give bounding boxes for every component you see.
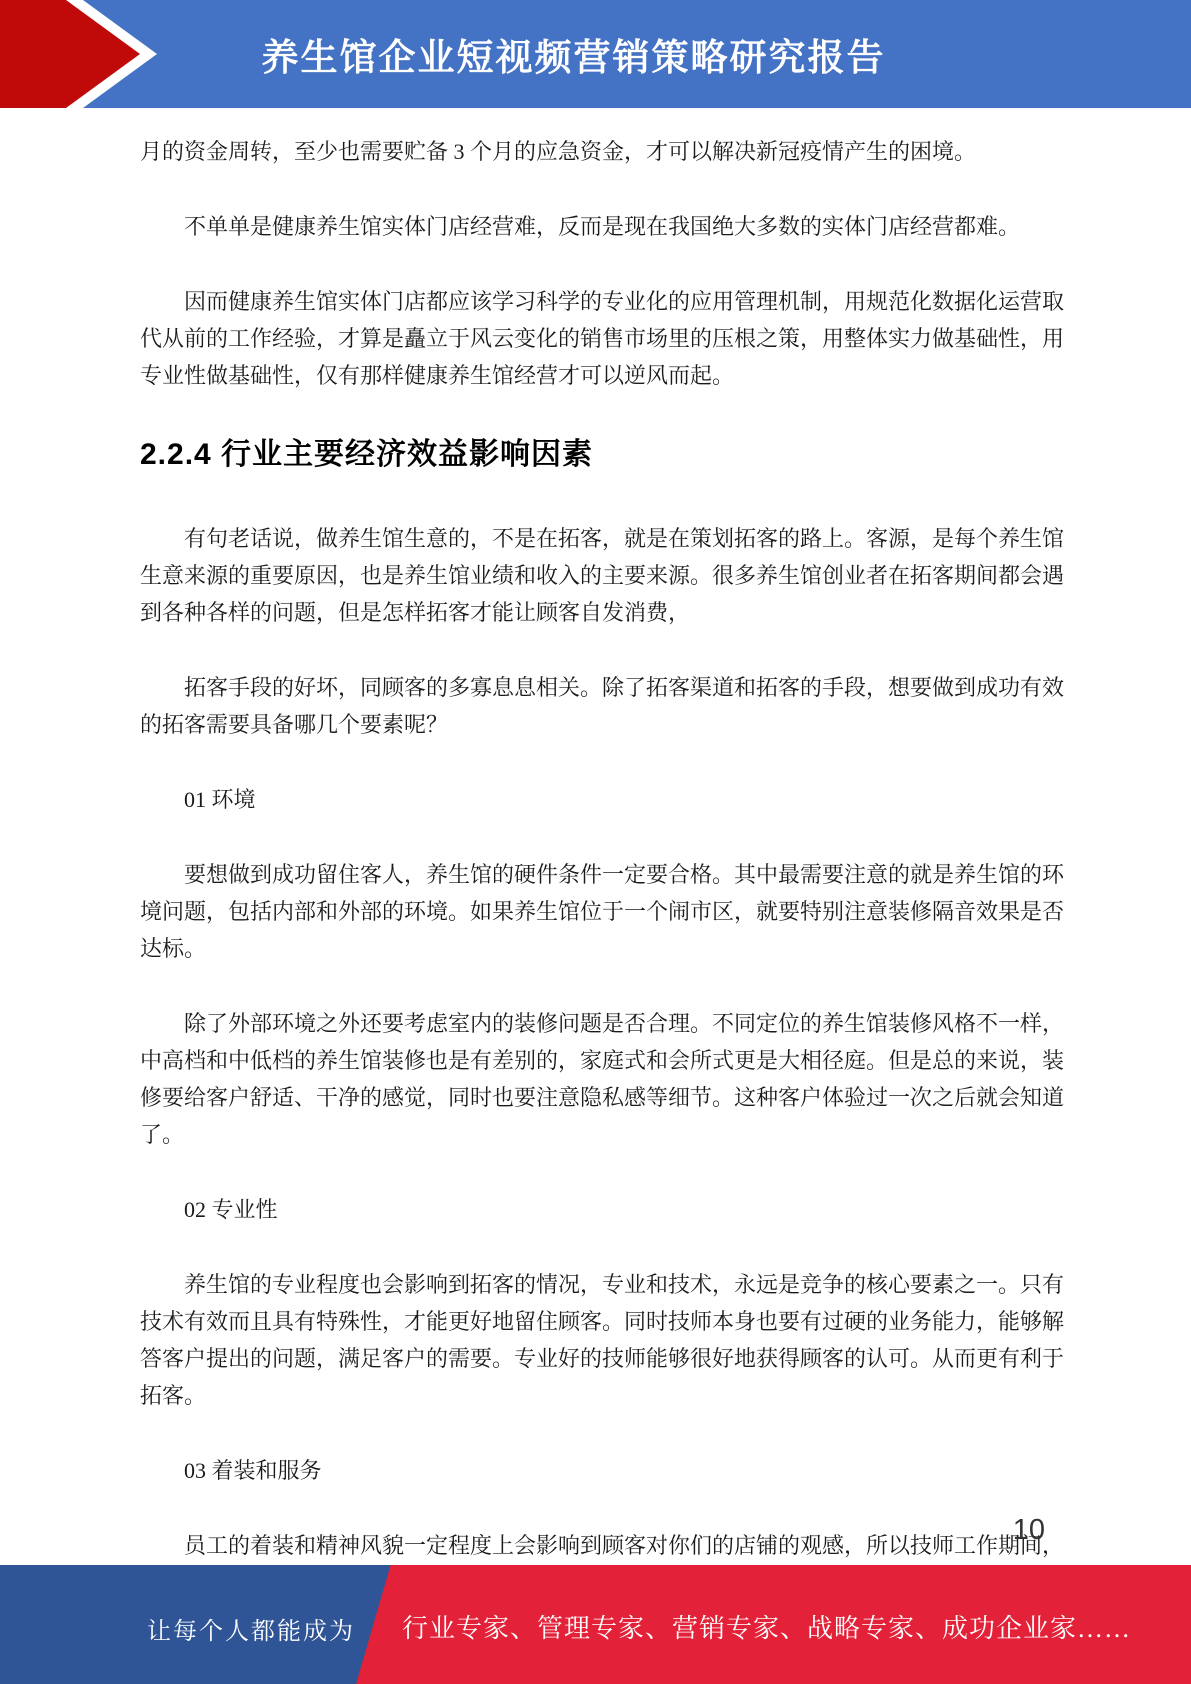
document-page: 养生馆企业短视频营销策略研究报告 月的资金周转，至少也需要贮备 3 个月的应急资… — [0, 0, 1191, 1684]
paragraph: 月的资金周转，至少也需要贮备 3 个月的应急资金，才可以解决新冠疫情产生的困境。 — [140, 133, 1064, 170]
paragraph: 不单单是健康养生馆实体门店经营难，反而是现在我国绝大多数的实体门店经营都难。 — [140, 208, 1064, 245]
page-header-banner: 养生馆企业短视频营销策略研究报告 — [0, 0, 1191, 108]
document-body: 月的资金周转，至少也需要贮备 3 个月的应急资金，才可以解决新冠疫情产生的困境。… — [140, 108, 1064, 1639]
list-label-environment: 01 环境 — [140, 781, 1064, 818]
list-label-dress-service: 03 着装和服务 — [140, 1452, 1064, 1489]
paragraph: 养生馆的专业程度也会影响到拓客的情况，专业和技术，永远是竞争的核心要素之一。只有… — [140, 1266, 1064, 1414]
report-title: 养生馆企业短视频营销策略研究报告 — [262, 27, 886, 81]
header-title-container: 养生馆企业短视频营销策略研究报告 — [0, 0, 1169, 108]
paragraph: 因而健康养生馆实体门店都应该学习科学的专业化的应用管理机制，用规范化数据化运营取… — [140, 283, 1064, 394]
footer-slogan-right: 行业专家、管理专家、营销专家、战略专家、成功企业家…… — [402, 1608, 1131, 1645]
list-label-professionalism: 02 专业性 — [140, 1191, 1064, 1228]
paragraph: 除了外部环境之外还要考虑室内的装修问题是否合理。不同定位的养生馆装修风格不一样，… — [140, 1005, 1064, 1153]
page-footer-banner: 让每个人都能成为 行业专家、管理专家、营销专家、战略专家、成功企业家…… — [0, 1565, 1191, 1684]
footer-slogan-left: 让每个人都能成为 — [147, 1611, 355, 1646]
paragraph: 要想做到成功留住客人，养生馆的硬件条件一定要合格。其中最需要注意的就是养生馆的环… — [140, 856, 1064, 967]
page-number: 10 — [1013, 1512, 1045, 1549]
paragraph: 有句老话说，做养生馆生意的，不是在拓客，就是在策划拓客的路上。客源，是每个养生馆… — [140, 520, 1064, 631]
paragraph: 拓客手段的好坏，同顾客的多寡息息相关。除了拓客渠道和拓客的手段，想要做到成功有效… — [140, 669, 1064, 743]
section-heading: 2.2.4 行业主要经济效益影响因素 — [140, 432, 1064, 478]
